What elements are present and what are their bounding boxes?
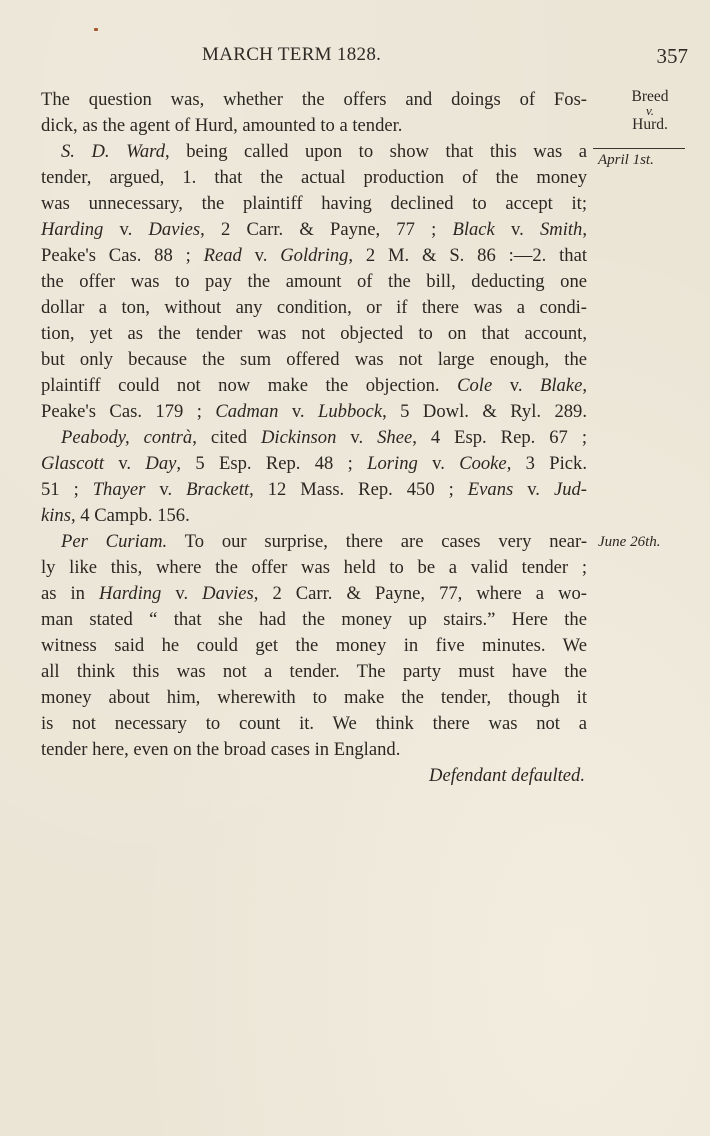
italic-text: Defendant defaulted. [429, 765, 585, 786]
italic-text: Dickinson [261, 427, 336, 448]
text-line: tion, yet as the tender was not objected… [41, 321, 587, 347]
text-run: v. [161, 583, 202, 604]
text-line: Peake's Cas. 179 ; Cadman v. Lubbock, 5 … [41, 399, 587, 425]
italic-text: Goldring [280, 245, 348, 266]
text-line: is not necessary to count it. We think t… [41, 711, 587, 737]
text-run: all think this was not a tender. The par… [41, 661, 587, 682]
text-line: Glascott v. Day, 5 Esp. Rep. 48 ; Loring… [41, 451, 587, 477]
text-run: , [582, 219, 587, 240]
text-line: dollar a ton, without any condition, or … [41, 295, 587, 321]
text-run: 51 ; [41, 479, 93, 500]
italic-text: S. D. Ward [61, 141, 165, 162]
text-run: v. [418, 453, 459, 474]
text-line: tender, argued, 1. that the actual produ… [41, 165, 587, 191]
text-line: the offer was to pay the amount of the b… [41, 269, 587, 295]
italic-text: kins [41, 505, 71, 526]
text-run: witness said he could get the money in f… [41, 635, 587, 656]
italic-text: Glascott [41, 453, 104, 474]
text-line: plaintiff could not now make the objecti… [41, 373, 587, 399]
text-line: witness said he could get the money in f… [41, 633, 587, 659]
italic-text: Harding [41, 219, 103, 240]
text-run: , 5 Esp. Rep. 48 ; [176, 453, 367, 474]
text-line: all think this was not a tender. The par… [41, 659, 587, 685]
page-number: 357 [657, 44, 689, 69]
text-line: dick, as the agent of Hurd, amounted to … [41, 113, 587, 139]
text-run: v. [103, 219, 148, 240]
text-line: as in Harding v. Davies, 2 Carr. & Payne… [41, 581, 587, 607]
text-run: , 12 Mass. Rep. 450 ; [249, 479, 468, 500]
text-run: , 4 Campb. 156. [71, 505, 190, 526]
text-run: tender, argued, 1. that the actual produ… [41, 167, 587, 188]
text-run: To our surprise, there are cases very ne… [167, 531, 587, 552]
italic-text: Black [452, 219, 494, 240]
italic-text: Cadman [215, 401, 278, 422]
italic-text: Peabody, contrà [61, 427, 192, 448]
text-run: , 3 Pick. [507, 453, 587, 474]
text-line: was unnecessary, the plaintiff having de… [41, 191, 587, 217]
italic-text: Read [204, 245, 242, 266]
text-run: , 5 Dowl. & Ryl. 289. [382, 401, 587, 422]
body-text: The question was, whether the offers and… [41, 87, 587, 789]
italic-text: Lubbock [318, 401, 382, 422]
text-run: man stated “ that she had the money up s… [41, 609, 587, 630]
text-run: Peake's Cas. 179 ; [41, 401, 215, 422]
italic-text: Jud- [554, 479, 587, 500]
margin-date-june: June 26th. [598, 534, 660, 551]
italic-text: Loring [367, 453, 418, 474]
text-run: dollar a ton, without any condition, or … [41, 297, 587, 318]
text-line: Peabody, contrà, cited Dickinson v. Shee… [41, 425, 587, 451]
caption-defendant: Hurd. [594, 117, 706, 133]
text-line: man stated “ that she had the money up s… [41, 607, 587, 633]
text-run: but only because the sum offered was not… [41, 349, 587, 370]
italic-text: Smith [540, 219, 582, 240]
text-run: v. [513, 479, 554, 500]
text-line: but only because the sum offered was not… [41, 347, 587, 373]
text-line: Peake's Cas. 88 ; Read v. Goldring, 2 M.… [41, 243, 587, 269]
italic-text: Harding [99, 583, 161, 604]
italic-text: Cole [457, 375, 492, 396]
text-run: tion, yet as the tender was not objected… [41, 323, 587, 344]
italic-text: Davies [202, 583, 254, 604]
italic-text: Blake [540, 375, 582, 396]
paper-stain [94, 28, 98, 31]
text-run: , 2 M. & S. 86 :—2. that [348, 245, 587, 266]
text-run: , being called upon to show that this wa… [165, 141, 587, 162]
running-head: MARCH TERM 1828. [202, 44, 381, 66]
text-run: the offer was to pay the amount of the b… [41, 271, 587, 292]
italic-text: Thayer [93, 479, 146, 500]
text-run: , 2 Carr. & Payne, 77, where a wo- [254, 583, 587, 604]
text-run: v. [278, 401, 318, 422]
text-line: 51 ; Thayer v. Brackett, 12 Mass. Rep. 4… [41, 477, 587, 503]
text-run: Peake's Cas. 88 ; [41, 245, 204, 266]
text-line: kins, 4 Campb. 156. [41, 503, 587, 529]
text-run: v. [336, 427, 377, 448]
italic-text: Evans [468, 479, 513, 500]
text-run: v. [145, 479, 186, 500]
text-line: Harding v. Davies, 2 Carr. & Payne, 77 ;… [41, 217, 587, 243]
text-run: was unnecessary, the plaintiff having de… [41, 193, 587, 214]
text-run: v. [492, 375, 540, 396]
text-run: dick, as the agent of Hurd, amounted to … [41, 115, 402, 136]
text-run: v. [104, 453, 145, 474]
italic-text: Shee [377, 427, 412, 448]
margin-case-caption: Breed v. Hurd. [594, 89, 706, 133]
text-line: money about him, wherewith to make the t… [41, 685, 587, 711]
text-run: ly like this, where the offer was held t… [41, 557, 587, 578]
text-line: The question was, whether the offers and… [41, 87, 587, 113]
text-line: tender here, even on the broad cases in … [41, 737, 587, 763]
italic-text: Day [145, 453, 176, 474]
text-run: , 4 Esp. Rep. 67 ; [412, 427, 587, 448]
text-run: v. [242, 245, 280, 266]
text-run: , [582, 375, 587, 396]
text-run: as in [41, 583, 99, 604]
document-page: MARCH TERM 1828. 357 Breed v. Hurd. Apri… [0, 0, 710, 1136]
text-run: is not necessary to count it. We think t… [41, 713, 587, 734]
margin-date-april: April 1st. [598, 152, 654, 169]
text-run: , 2 Carr. & Payne, 77 ; [200, 219, 452, 240]
italic-text: Brackett [186, 479, 249, 500]
text-run: The question was, whether the offers and… [41, 89, 587, 110]
text-run: plaintiff could not now make the objecti… [41, 375, 457, 396]
text-run: v. [495, 219, 540, 240]
italic-text: Per Curiam. [61, 531, 167, 552]
text-line: ly like this, where the offer was held t… [41, 555, 587, 581]
text-run: money about him, wherewith to make the t… [41, 687, 587, 708]
text-line: Per Curiam. To our surprise, there are c… [41, 529, 587, 555]
text-run: tender here, even on the broad cases in … [41, 739, 400, 760]
italic-text: Cooke [459, 453, 507, 474]
italic-text: Davies [148, 219, 200, 240]
margin-divider [593, 148, 685, 149]
text-run: , cited [192, 427, 261, 448]
text-line: S. D. Ward, being called upon to show th… [41, 139, 587, 165]
text-line: Defendant defaulted. [41, 763, 587, 789]
